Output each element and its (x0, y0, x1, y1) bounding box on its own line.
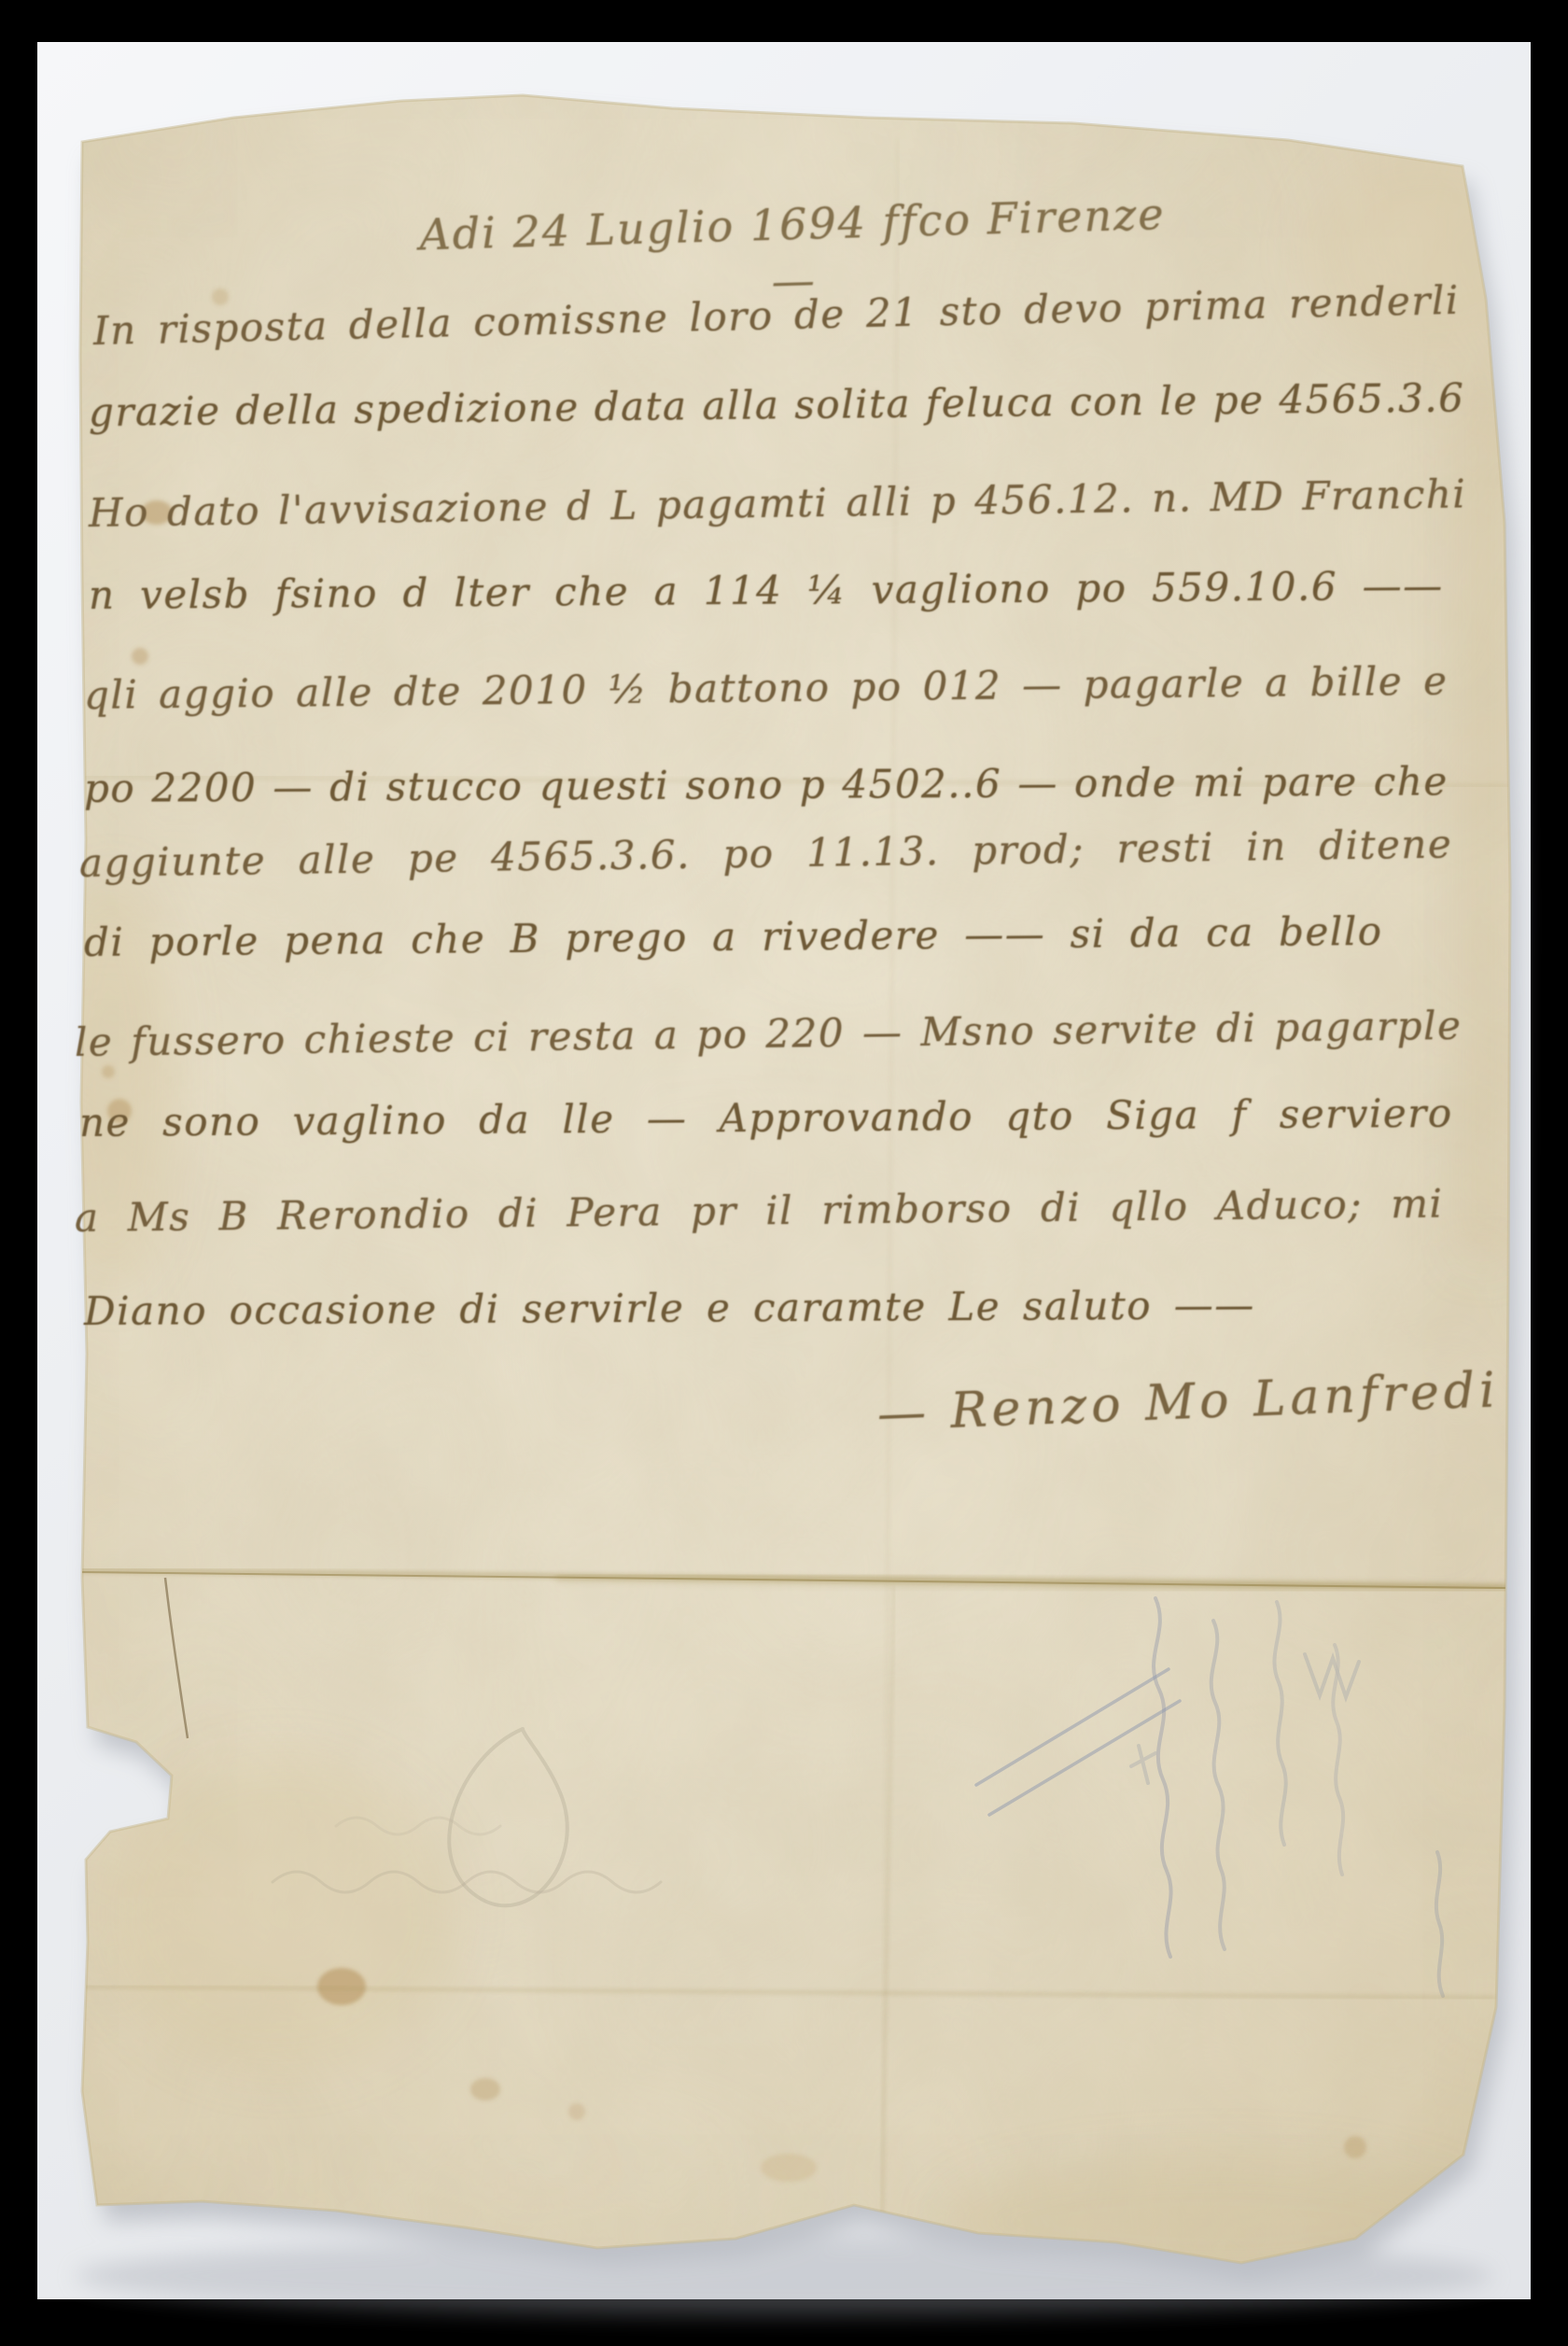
signature: — Renzo Mo Lanfredi (876, 1358, 1501, 1446)
letter-text: Adi 24 Luglio 1694 ffco Firenze — In ris… (0, 0, 1568, 2346)
photo-frame: Adi 24 Luglio 1694 ffco Firenze — In ris… (0, 0, 1568, 2346)
manuscript-line: ne sono vaglino da lle — Approvando qto … (79, 1088, 1453, 1149)
manuscript-line: le fussero chieste ci resta a po 220 — M… (75, 1000, 1463, 1069)
manuscript-line: grazie della spedizione data alla solita… (89, 372, 1466, 439)
manuscript-line: di porle pena che B prego a rivedere —— … (84, 906, 1383, 969)
manuscript-line: Ho dato l'avvisazione d L pagamti alli p… (89, 468, 1468, 540)
manuscript-line: aggiunte alle pe 4565.3.6. po 11.13. pro… (79, 818, 1454, 890)
manuscript-line: qli aggio alle dte 2010 ½ battono po 012… (84, 655, 1449, 722)
manuscript-line: Diano occasione di servirle e caramte Le… (84, 1279, 1255, 1338)
manuscript-line: a Ms B Rerondio di Pera pr il rimborso d… (75, 1178, 1445, 1244)
manuscript-line: n velsb fsino d lter che a 114 ¼ vaglion… (89, 560, 1444, 622)
manuscript-line: po 2200 — di stucco questi sono p 4502..… (84, 755, 1449, 815)
